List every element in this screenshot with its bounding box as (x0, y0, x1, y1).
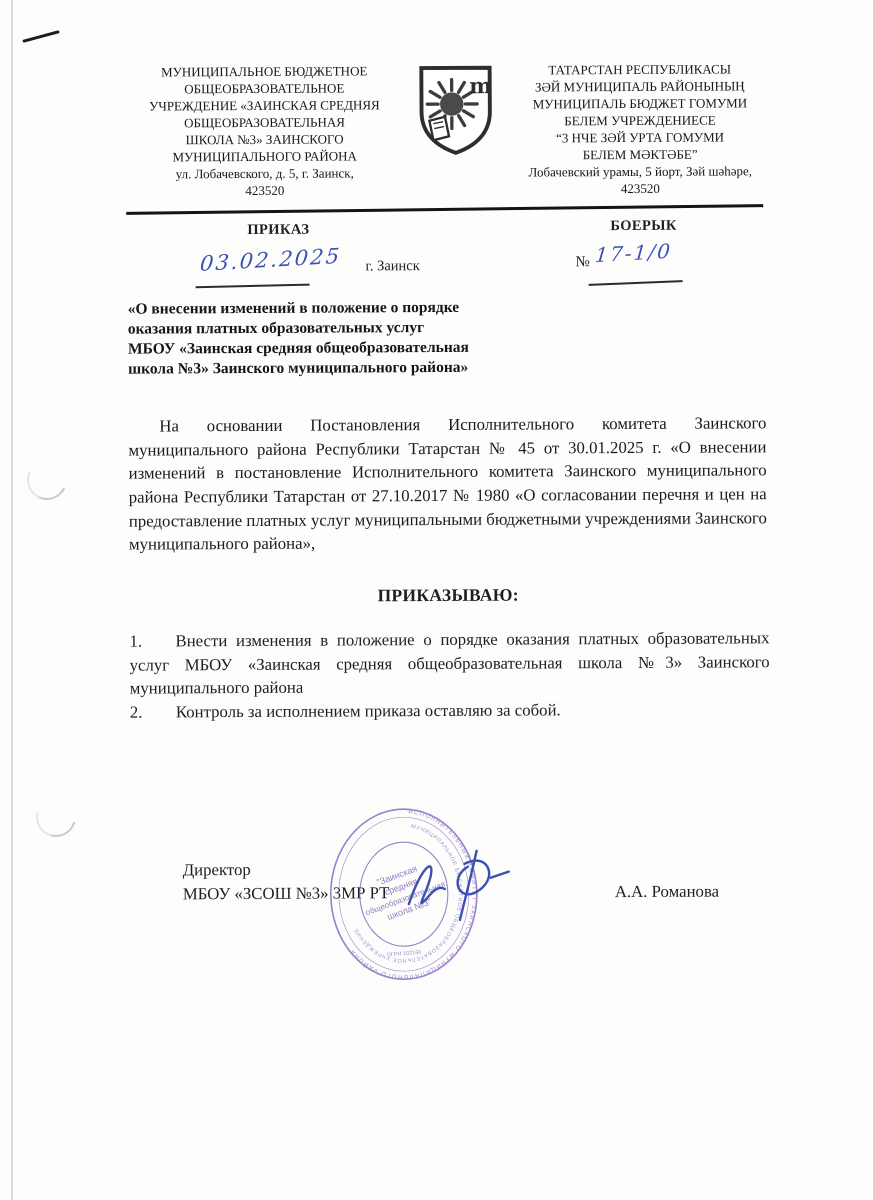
letterhead: МУНИЦИПАЛЬНОЕ БЮДЖЕТНОЕ ОБЩЕОБРАЗОВАТЕЛЬ… (120, 60, 776, 199)
order-label-russian: ПРИКАЗ (247, 222, 309, 239)
title-line: школа №3» Заинского муниципального район… (128, 357, 688, 380)
org-name-left-line: УЧРЕЖДЕНИЕ «ЗАИНСКАЯ СРЕДНЯЯ (121, 96, 409, 115)
org-name-left-line: МУНИЦИПАЛЬНОГО РАЙОНА (121, 147, 409, 166)
order-item-1: 1.Внести изменения в положение о порядке… (129, 626, 769, 700)
number-underline (589, 280, 683, 286)
zainsk-coat-of-arms-icon: m (415, 63, 497, 157)
number-sign: № (575, 254, 589, 271)
handwritten-order-number: 17-1/0 (594, 239, 673, 267)
preamble-paragraph: На основании Постановления Исполнительно… (128, 411, 767, 557)
item-number: 2. (130, 700, 176, 724)
order-label-tatar: БОЕРЫК (610, 218, 677, 235)
org-name-russian: МУНИЦИПАЛЬНОЕ БЮДЖЕТНОЕ ОБЩЕОБРАЗОВАТЕЛЬ… (120, 62, 408, 200)
resolution-heading: ПРИКАЗЫВАЮ: (129, 583, 767, 607)
org-name-left-line: МУНИЦИПАЛЬНОЕ БЮДЖЕТНОЕ (120, 62, 408, 81)
emblem-container: m (412, 62, 500, 157)
org-address-right: Лобачевский урамы, 5 йорт, Зәй шәһәре, (504, 162, 776, 180)
emblem-letter: m (470, 74, 493, 99)
item-text: Внести изменения в положение о порядке о… (130, 628, 770, 698)
letterhead-divider-rule (126, 204, 763, 215)
item-number: 1. (129, 629, 175, 653)
order-subject-title: «О внесении изменений в положение о поря… (128, 297, 688, 380)
org-postcode-right: 423520 (505, 179, 777, 197)
org-name-right-line: “3 НЧЕ ЗӘЙ УРТА ГОМУМИ (504, 128, 776, 146)
org-name-right-line: БЕЛЕМ МӘКТӘБЕ” (504, 145, 776, 163)
org-name-tatar: ТАТАРСТАН РЕСПУБЛИКАСЫ ЗӘЙ МУНИЦИПАЛЬ РА… (504, 60, 776, 197)
director-signature (401, 848, 516, 939)
emblem-scroll (430, 117, 450, 141)
org-name-right-line: ЗӘЙ МУНИЦИПАЛЬ РАЙОНЫНЫҢ (504, 77, 776, 95)
signer-position-line1: Директор (183, 860, 251, 880)
org-name-right-line: БЕЛЕМ УЧРЕЖДЕНИЕСЕ (504, 111, 776, 129)
org-name-left-line: ШКОЛА №3» ЗАИНСКОГО (121, 130, 409, 149)
handwritten-date: 03.02.2025 (199, 244, 342, 276)
org-name-right-line: МУНИЦИПАЛЬ БЮДЖЕТ ГОМУМИ (504, 94, 776, 112)
org-name-left-line: ОБЩЕОБРАЗОВАТЕЛЬНОЕ (121, 79, 409, 98)
order-item-2: 2.Контроль за исполнением приказа оставл… (130, 697, 770, 724)
date-underline (196, 284, 310, 289)
item-text: Контроль за исполнением приказа оставляю… (176, 700, 561, 721)
org-postcode-left: 423520 (121, 181, 409, 200)
city-label: г. Заинск (365, 258, 419, 275)
org-address-left: ул. Лобачевского, д. 5, г. Заинск, (121, 164, 409, 183)
signer-name: А.А. Романова (615, 882, 719, 903)
document-content: МУНИЦИПАЛЬНОЕ БЮДЖЕТНОЕ ОБЩЕОБРАЗОВАТЕЛЬ… (0, 0, 873, 1200)
order-items: 1.Внести изменения в положение о порядке… (129, 626, 769, 724)
scanned-document-page: МУНИЦИПАЛЬНОЕ БЮДЖЕТНОЕ ОБЩЕОБРАЗОВАТЕЛЬ… (0, 0, 873, 1200)
org-name-left-line: ОБЩЕОБРАЗОВАТЕЛЬНАЯ (121, 113, 409, 132)
org-name-right-line: ТАТАРСТАН РЕСПУБЛИКАСЫ (504, 60, 776, 78)
